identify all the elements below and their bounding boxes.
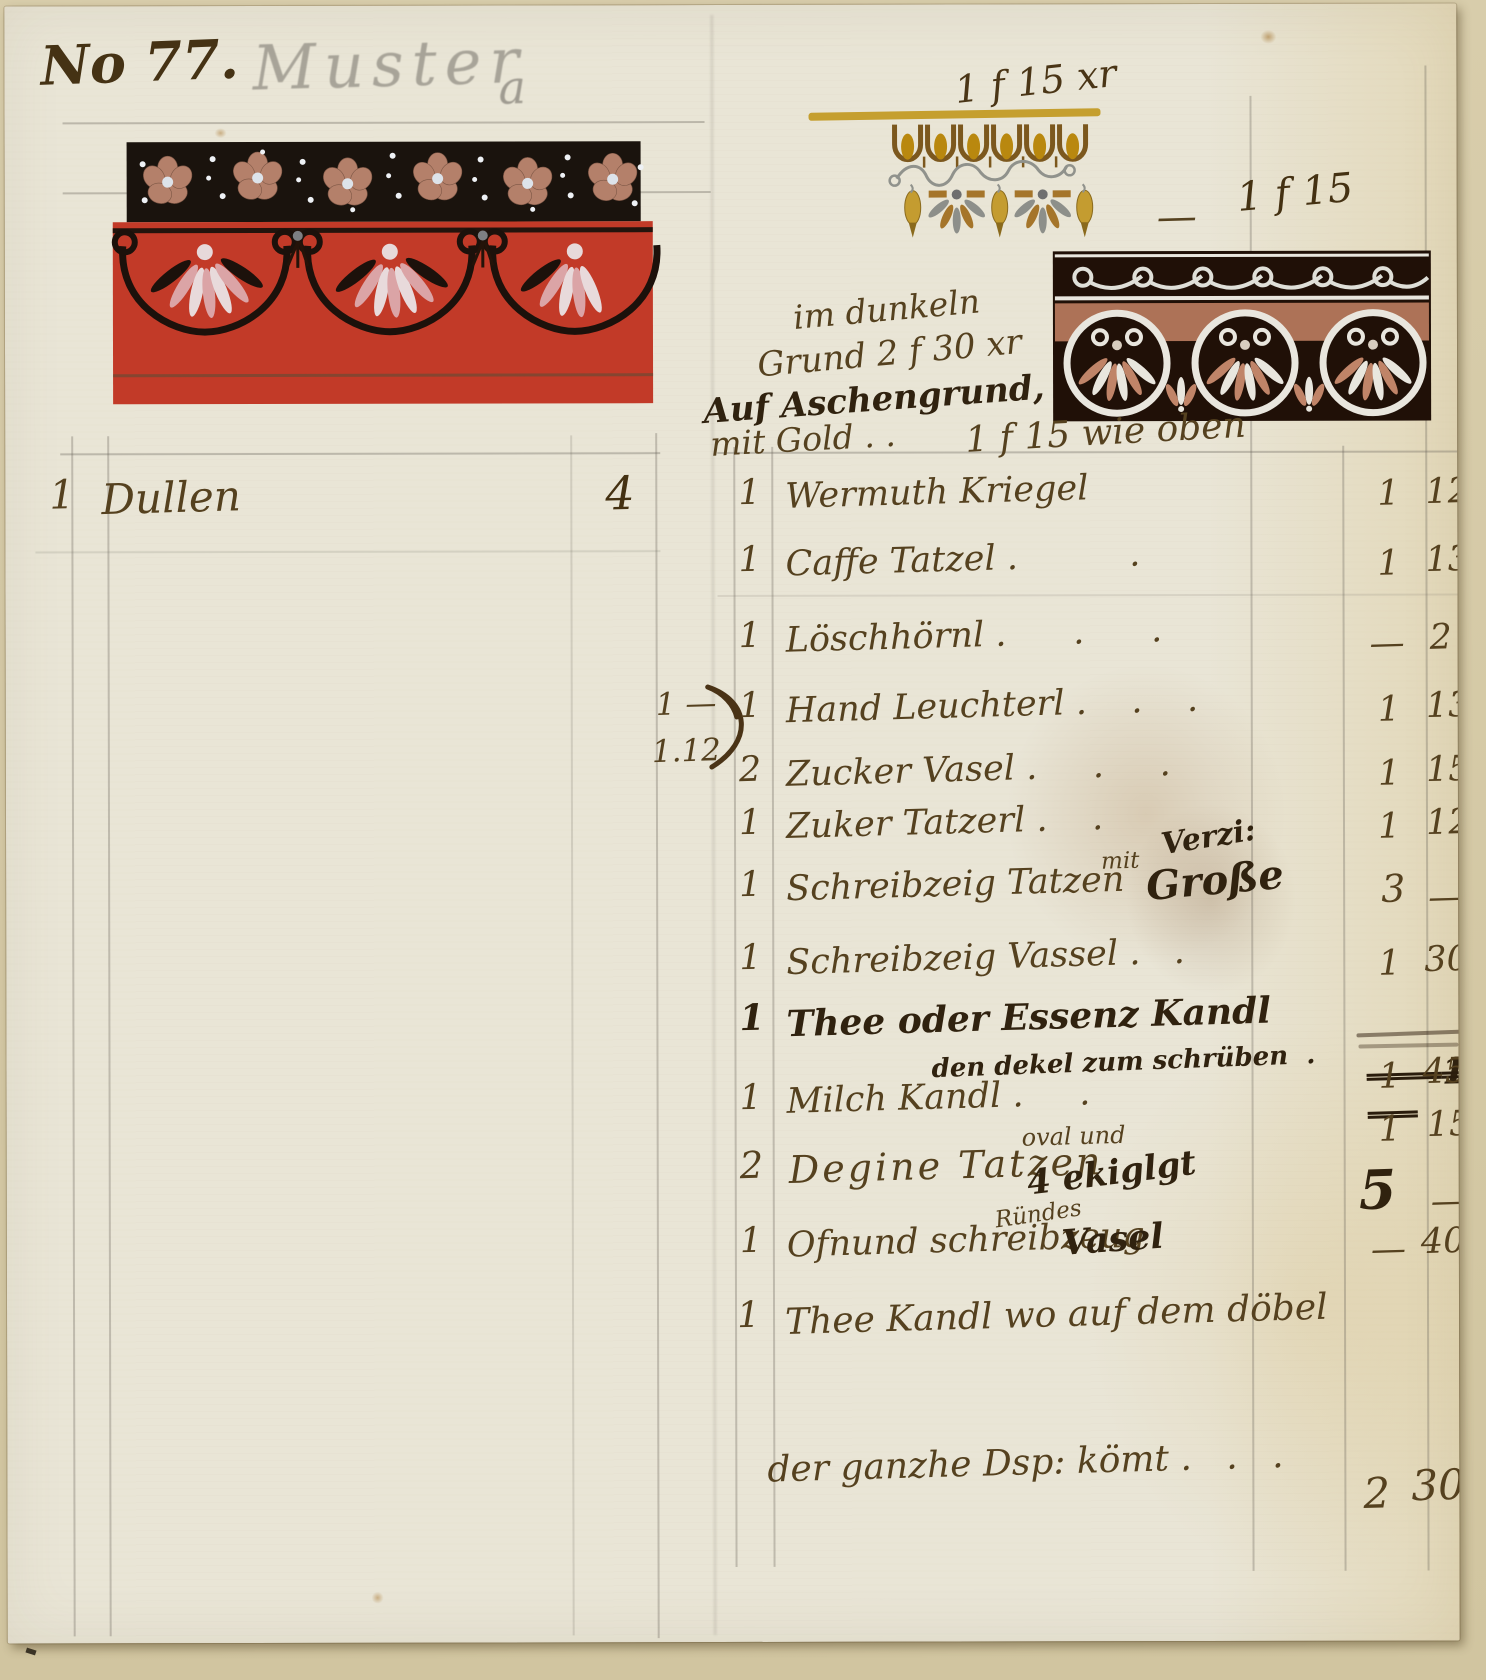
item-kreuzer: 15 [1425, 751, 1459, 789]
fold-crease [710, 15, 716, 1635]
price-dash: — [1156, 196, 1197, 239]
item-kreuzer: — [1428, 879, 1460, 917]
item-kreuzer: 45 [1422, 1053, 1460, 1091]
item-kreuzer: 30 [1411, 1463, 1460, 1509]
item-florin: 3 [1381, 869, 1406, 910]
manuscript-page: No 77. Muster a [4, 3, 1459, 1643]
item-florin: 1 [1377, 755, 1400, 792]
item-kreuzer: 40 [1420, 1223, 1459, 1261]
item-qty: 1 [739, 940, 762, 977]
item-kreuzer: 13 [1425, 687, 1459, 725]
item-florin: — [1369, 625, 1405, 663]
mat-mark [25, 1648, 36, 1656]
pencil-rule [733, 447, 737, 1567]
pencil-rule [655, 433, 660, 1638]
item-florin: 2 [1363, 1471, 1391, 1516]
pencil-letter: a [498, 63, 527, 112]
item-text: Milch Kandl . . [786, 1075, 1091, 1120]
item-text: Zucker Vasel . . . [785, 746, 1171, 794]
floral-red-border-sample [113, 133, 654, 412]
item-note-sup: mit [1101, 849, 1140, 874]
item-qty: 1 [739, 1223, 762, 1260]
item-text: Schreibzeig Vassel . . [786, 934, 1185, 982]
fox-spot [372, 1592, 384, 1604]
item-florin: 1 [1377, 545, 1400, 582]
frieze-price: 1 f 15 xr [953, 54, 1119, 111]
item-qty: 1 [739, 1080, 762, 1117]
left-row-item: Dullen [101, 474, 242, 522]
item-qty: 1 [738, 805, 761, 842]
item-kreuzer: 12 [1425, 473, 1460, 511]
pencil-rule [107, 436, 112, 1636]
item-florin: 1 [1378, 1058, 1401, 1095]
item-kreuzer: 30 [1424, 941, 1460, 979]
pencil-rule [35, 550, 660, 553]
note-with-gold: mit Gold . . [709, 418, 896, 463]
pencil-title: Muster [252, 28, 528, 101]
item-florin: 1 [1378, 1111, 1401, 1148]
pencil-rule [570, 435, 575, 1635]
item-florin: 5 [1358, 1161, 1397, 1219]
item-text: Hand Leuchterl . . . [785, 682, 1198, 730]
item-text: Zuker Tatzerl . . [786, 800, 1104, 846]
pencil-rule [63, 121, 705, 124]
item-qty: 1 [738, 542, 761, 579]
item-kreuzer: — [1430, 1183, 1459, 1221]
pencil-rule [71, 436, 76, 1636]
item-text: Löschhörnl . . . [785, 612, 1162, 659]
item-note-tail: Vasel [1061, 1219, 1165, 1263]
item-qty: 1 [739, 1000, 765, 1038]
gold-frieze-sample [804, 104, 1114, 250]
item-text: Caffe Tatzel . . [785, 537, 1141, 584]
dark-scroll-border-sample [1053, 251, 1431, 424]
item-qty: 2 [739, 1147, 764, 1186]
item-kreuzer: 15 [1426, 1106, 1460, 1144]
item-kreuzer: 13 [1425, 541, 1460, 579]
left-row-value: 4 [605, 469, 636, 518]
item-kreuzer: 2 [1429, 619, 1452, 656]
border-price-right: 1 f 15 [1235, 167, 1355, 219]
item-qty: 2 [738, 752, 761, 789]
item-florin: — [1370, 1231, 1406, 1269]
left-row-qty: 1 [49, 474, 76, 517]
item-florin: 1 [1377, 808, 1400, 845]
item-qty: 1 [739, 867, 762, 904]
item-qty: 1 [738, 688, 761, 725]
item-florin: 1 [1377, 475, 1400, 512]
pencil-rule [771, 447, 775, 1567]
item-text: Wermuth Kriegel [785, 470, 1089, 515]
manuscript-scan: No 77. Muster a [0, 0, 1486, 1680]
item-text: Schreibzeig Tatzen [786, 862, 1125, 908]
item-kreuzer: 12 [1425, 804, 1459, 842]
item-qty: 1 [738, 475, 761, 512]
item-text: Thee oder Essenz Kandl [786, 993, 1271, 1044]
item-florin: 1 [1378, 945, 1401, 982]
item-qty: 1 [738, 618, 761, 655]
page-number: No 77. [39, 31, 239, 95]
item-text: der ganzhe Dsp: kömt . . . [767, 1437, 1284, 1489]
item-florin: 1 [1377, 691, 1400, 728]
item-qty: 1 [737, 1297, 761, 1335]
item-note-sup: oval und [1021, 1123, 1126, 1151]
